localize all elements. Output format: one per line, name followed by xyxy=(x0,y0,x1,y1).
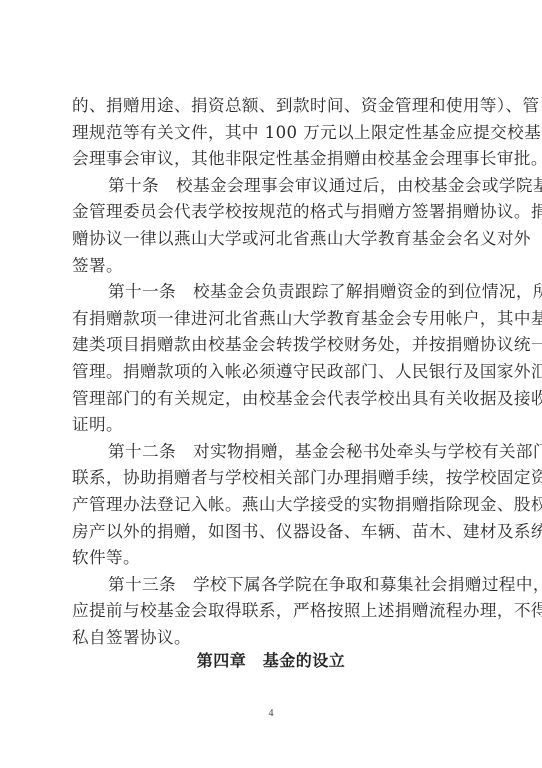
text-line: 软件等。 xyxy=(72,545,474,572)
text-line: 第十三条 学校下属各学院在争取和募集社会捐赠过程中， xyxy=(72,572,474,599)
chapter-heading: 第四章 基金的设立 xyxy=(0,648,542,671)
text-line: 应提前与校基金会取得联系，严格按照上述捐赠流程办理，不得 xyxy=(72,598,474,625)
document-page: 的、捐赠用途、捐资总额、到款时间、资金管理和使用等）、管理规范等有关文件，其中 … xyxy=(0,0,542,768)
text-line: 管理。捐赠款项的入帐必须遵守民政部门、人民银行及国家外汇 xyxy=(72,359,474,386)
text-line: 会理事会审议，其他非限定性基金捐赠由校基金会理事长审批。 xyxy=(72,146,474,173)
text-line: 建类项目捐赠款由校基金会转拨学校财务处，并按捐赠协议统一 xyxy=(72,332,474,359)
text-line: 理规范等有关文件，其中 100 万元以上限定性基金应提交校基金 xyxy=(72,120,474,147)
text-line: 第十二条 对实物捐赠，基金会秘书处牵头与学校有关部门 xyxy=(72,439,474,466)
text-line: 联系，协助捐赠者与学校相关部门办理捐赠手续，按学校固定资 xyxy=(72,465,474,492)
body-text: 的、捐赠用途、捐资总额、到款时间、资金管理和使用等）、管理规范等有关文件，其中 … xyxy=(72,93,474,651)
text-line: 的、捐赠用途、捐资总额、到款时间、资金管理和使用等）、管 xyxy=(72,93,474,120)
text-line: 第十条 校基金会理事会审议通过后，由校基金会或学院基 xyxy=(72,173,474,200)
text-line: 证明。 xyxy=(72,412,474,439)
text-line: 签署。 xyxy=(72,253,474,280)
text-line: 产管理办法登记入帐。燕山大学接受的实物捐赠指除现金、股权、 xyxy=(72,492,474,519)
text-line: 管理部门的有关规定，由校基金会代表学校出具有关收据及接收 xyxy=(72,386,474,413)
text-line: 有捐赠款项一律进河北省燕山大学教育基金会专用帐户，其中基 xyxy=(72,306,474,333)
text-line: 第十一条 校基金会负责跟踪了解捐赠资金的到位情况，所 xyxy=(72,279,474,306)
text-line: 赠协议一律以燕山大学或河北省燕山大学教育基金会名义对外 xyxy=(72,226,474,253)
text-line: 金管理委员会代表学校按规范的格式与捐赠方签署捐赠协议。捐 xyxy=(72,199,474,226)
text-line: 房产以外的捐赠，如图书、仪器设备、车辆、苗木、建材及系统 xyxy=(72,519,474,546)
page-number: 4 xyxy=(0,708,542,719)
